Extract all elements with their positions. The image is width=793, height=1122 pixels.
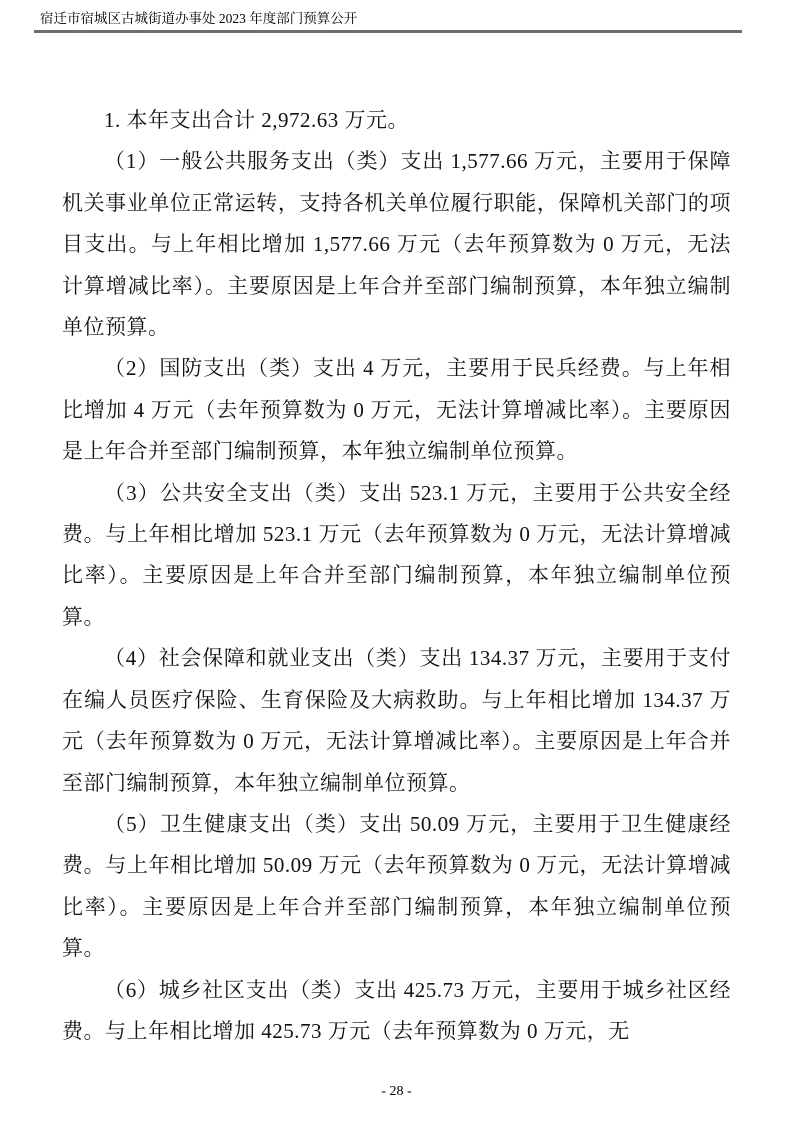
page-number: - 28 -: [0, 1083, 793, 1101]
paragraph-general-public-services: （1）一般公共服务支出（类）支出 1,577.66 万元，主要用于保障机关事业单…: [62, 141, 731, 348]
paragraph-urban-rural-community: （6）城乡社区支出（类）支出 425.73 万元，主要用于城乡社区经费。与上年相…: [62, 970, 731, 1053]
paragraph-public-safety: （3）公共安全支出（类）支出 523.1 万元，主要用于公共安全经费。与上年相比…: [62, 473, 731, 639]
paragraph-total-expenditure: 1. 本年支出合计 2,972.63 万元。: [62, 100, 731, 141]
document-body: 1. 本年支出合计 2,972.63 万元。 （1）一般公共服务支出（类）支出 …: [62, 100, 731, 1052]
paragraph-national-defense: （2）国防支出（类）支出 4 万元，主要用于民兵经费。与上年相比增加 4 万元（…: [62, 348, 731, 472]
document-page: 宿迁市宿城区古城街道办事处 2023 年度部门预算公开 1. 本年支出合计 2,…: [0, 0, 793, 1122]
header-rule: [34, 30, 742, 33]
paragraph-social-security-employment: （4）社会保障和就业支出（类）支出 134.37 万元，主要用于支付在编人员医疗…: [62, 638, 731, 804]
paragraph-health: （5）卫生健康支出（类）支出 50.09 万元，主要用于卫生健康经费。与上年相比…: [62, 804, 731, 970]
document-header-title: 宿迁市宿城区古城街道办事处 2023 年度部门预算公开: [34, 10, 742, 28]
running-header: 宿迁市宿城区古城街道办事处 2023 年度部门预算公开: [34, 10, 742, 33]
